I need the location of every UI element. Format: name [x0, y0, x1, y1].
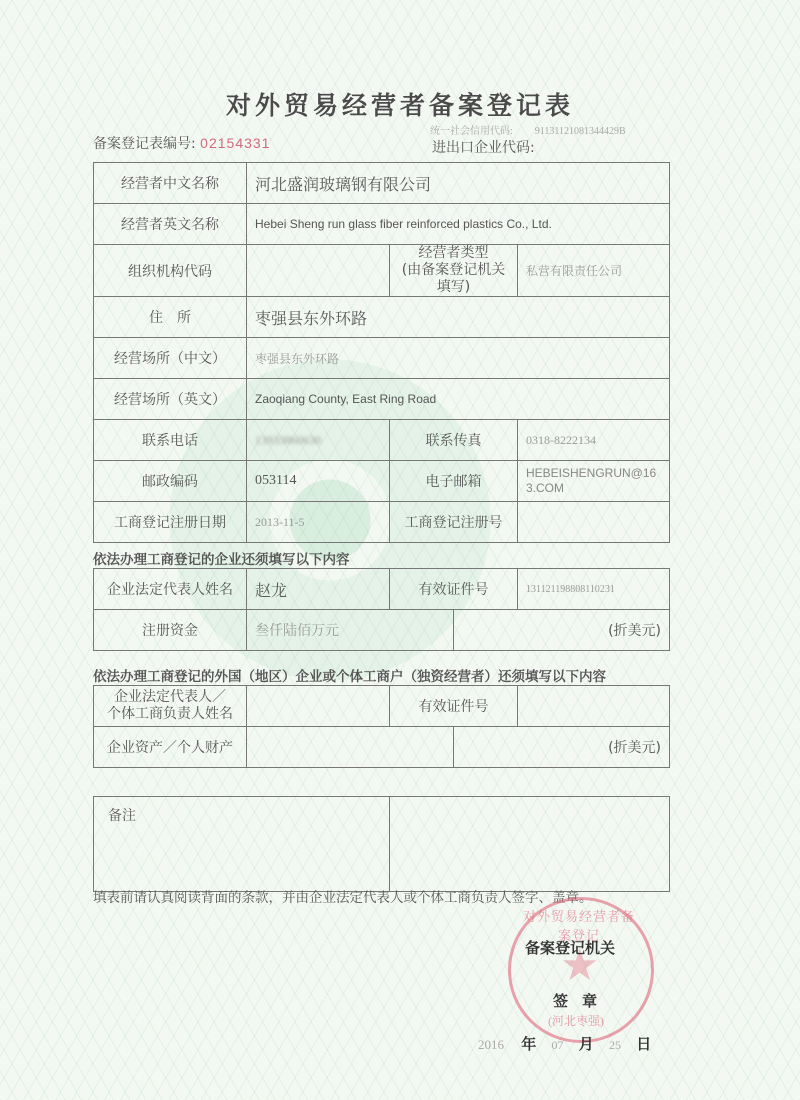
- sign-date: 2016 年 07 月 25 日: [478, 1033, 651, 1054]
- reg-date-label: 工商登记注册日期: [94, 502, 247, 543]
- id-label: 有效证件号: [390, 686, 518, 727]
- phone-label: 联系电话: [94, 420, 247, 461]
- business-place-cn-value: 枣强县东外环路: [247, 338, 670, 379]
- uscc-line: 统一社会信用代码:91131121081344429B: [430, 122, 626, 137]
- month-value: 07: [551, 1038, 563, 1052]
- table-row: 企业法定代表人／ 个体工商负责人姓名 有效证件号: [94, 686, 670, 727]
- assets-label: 企业资产／个人财产: [94, 727, 247, 768]
- legal-rep-value: 赵龙: [247, 569, 390, 610]
- uscc-value: 91131121081344429B: [535, 126, 626, 137]
- fax-value: 0318-8222134: [518, 420, 670, 461]
- day-label: 日: [636, 1035, 651, 1053]
- record-number: 02154331: [200, 135, 270, 151]
- table-row: 经营场所（中文） 枣强县东外环路: [94, 338, 670, 379]
- org-code-value: [247, 245, 390, 297]
- assets-value: [247, 727, 454, 768]
- record-number-line: 备案登记表编号: 02154331: [93, 133, 270, 153]
- authority-label: 备案登记机关: [525, 937, 615, 958]
- assets-usd-label: (折美元): [454, 727, 670, 768]
- table-row: 企业资产／个人财产 (折美元): [94, 727, 670, 768]
- uscc-label: 统一社会信用代码:: [430, 126, 513, 137]
- address-label: 住 所: [94, 297, 247, 338]
- table-row: 企业法定代表人姓名 赵龙 有效证件号 131121198808110231: [94, 569, 670, 610]
- business-place-en-value: Zaoqiang County, East Ring Road: [247, 379, 670, 420]
- import-export-code-line: 进出口企业代码:: [432, 137, 535, 157]
- table-row: 工商登记注册日期 2013-11-5 工商登记注册号: [94, 502, 670, 543]
- table-row: 经营者中文名称 河北盛润玻璃钢有限公司: [94, 163, 670, 204]
- address-value: 枣强县东外环路: [247, 297, 670, 338]
- capital-value: 叁仟陆佰万元: [247, 610, 454, 651]
- seal-label: 签章: [553, 990, 611, 1011]
- section2-heading: 依法办理工商登记的外国（地区）企业或个体工商户（独资经营者）还须填写以下内容: [93, 665, 606, 685]
- business-place-en-label: 经营场所（英文）: [94, 379, 247, 420]
- operator-type-subtitle: (由备案登记机关填写): [398, 262, 509, 296]
- operator-type-title: 经营者类型: [398, 245, 509, 262]
- table-row: 经营者英文名称 Hebei Sheng run glass fiber rein…: [94, 204, 670, 245]
- fax-label: 联系传真: [390, 420, 518, 461]
- org-code-label: 组织机构代码: [94, 245, 247, 297]
- day-value: 25: [609, 1038, 621, 1052]
- capital-usd-label: (折美元): [454, 610, 670, 651]
- chinese-name-label: 经营者中文名称: [94, 163, 247, 204]
- table-row: 备注: [94, 797, 670, 892]
- postal-code-label: 邮政编码: [94, 461, 247, 502]
- import-export-code-label: 进出口企业代码:: [432, 140, 535, 156]
- operator-info-table: 经营者中文名称 河北盛润玻璃钢有限公司 经营者英文名称 Hebei Sheng …: [93, 162, 670, 543]
- month-label: 月: [579, 1035, 594, 1053]
- email-value: HEBEISHENGRUN@163.COM: [518, 461, 670, 502]
- id-label: 有效证件号: [390, 569, 518, 610]
- table-row: 经营场所（英文） Zaoqiang County, East Ring Road: [94, 379, 670, 420]
- chinese-name-value: 河北盛润玻璃钢有限公司: [247, 163, 670, 204]
- footer-note: 填表前请认真阅读背面的条款，并由企业法定代表人或个体工商负责人签字、盖章。: [93, 886, 593, 906]
- reg-number-label: 工商登记注册号: [390, 502, 518, 543]
- capital-label: 注册资金: [94, 610, 247, 651]
- rep-label-line2: 个体工商负责人姓名: [102, 706, 238, 723]
- table-row: 注册资金 叁仟陆佰万元 (折美元): [94, 610, 670, 651]
- remarks-label: 备注: [94, 797, 390, 892]
- business-place-cn-label: 经营场所（中文）: [94, 338, 247, 379]
- table-row: 组织机构代码 经营者类型 (由备案登记机关填写) 私营有限责任公司: [94, 245, 670, 297]
- email-label: 电子邮箱: [390, 461, 518, 502]
- record-number-label: 备案登记表编号:: [93, 136, 196, 152]
- document-title: 对外贸易经营者备案登记表: [0, 86, 800, 122]
- stamp-bottom-text: (河北枣强): [548, 1012, 604, 1029]
- section1-heading: 依法办理工商登记的企业还须填写以下内容: [93, 548, 350, 568]
- remarks-table: 备注: [93, 796, 670, 892]
- legal-rep-label: 企业法定代表人姓名: [94, 569, 247, 610]
- phone-number-blurred: 13933860630: [255, 433, 321, 447]
- reg-number-value: [518, 502, 670, 543]
- year-value: 2016: [478, 1037, 504, 1052]
- postal-code-value: 053114: [247, 461, 390, 502]
- remarks-value: [390, 797, 670, 892]
- english-name-value: Hebei Sheng run glass fiber reinforced p…: [247, 204, 670, 245]
- table-row: 联系电话 13933860630 联系传真 0318-8222134: [94, 420, 670, 461]
- reg-date-value: 2013-11-5: [247, 502, 390, 543]
- year-label: 年: [521, 1035, 536, 1053]
- operator-type-value: 私营有限责任公司: [518, 245, 670, 297]
- foreign-enterprise-table: 企业法定代表人／ 个体工商负责人姓名 有效证件号 企业资产／个人财产 (折美元): [93, 685, 670, 768]
- rep-label-line1: 企业法定代表人／: [102, 689, 238, 706]
- id-value: [518, 686, 670, 727]
- table-row: 邮政编码 053114 电子邮箱 HEBEISHENGRUN@163.COM: [94, 461, 670, 502]
- phone-value: 13933860630: [247, 420, 390, 461]
- rep-value: [247, 686, 390, 727]
- table-row: 住 所 枣强县东外环路: [94, 297, 670, 338]
- operator-type-label: 经营者类型 (由备案登记机关填写): [390, 245, 518, 297]
- enterprise-info-table: 企业法定代表人姓名 赵龙 有效证件号 131121198808110231 注册…: [93, 568, 670, 651]
- english-name-label: 经营者英文名称: [94, 204, 247, 245]
- id-value: 131121198808110231: [518, 569, 670, 610]
- rep-label: 企业法定代表人／ 个体工商负责人姓名: [94, 686, 247, 727]
